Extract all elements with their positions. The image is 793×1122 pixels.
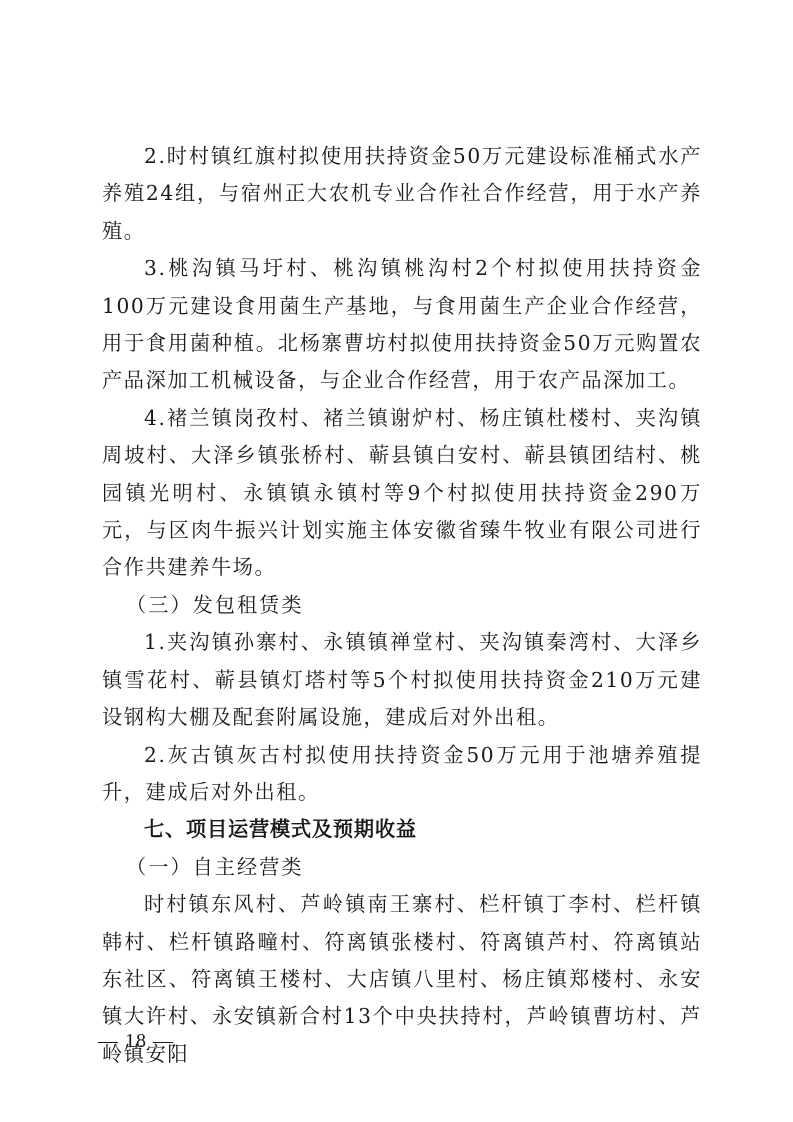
section-subheading-self-operated: （一）自主经营类 [102, 849, 702, 886]
document-page: 2.时村镇红旗村拟使用扶持资金50万元建设标准桶式水产养殖24组，与宿州正大农机… [102, 138, 702, 1073]
page-number: — 18 — [98, 1030, 174, 1053]
paragraph-item-4-cattle-farm: 4.褚兰镇岗孜村、褚兰镇谢炉村、杨庄镇杜楼村、夹沟镇周坡村、大泽乡镇张桥村、蕲县… [102, 400, 702, 587]
paragraph-self-operated-villages: 时村镇东风村、芦岭镇南王寨村、栏杆镇丁李村、栏杆镇韩村、栏杆镇路疃村、符离镇张楼… [102, 886, 702, 1073]
section-subheading-leasing: （三）发包租赁类 [102, 587, 702, 624]
section-heading-operation-model: 七、项目运营模式及预期收益 [102, 811, 702, 848]
paragraph-leasing-item-2: 2.灰古镇灰古村拟使用扶持资金50万元用于池塘养殖提升，建成后对外出租。 [102, 737, 702, 812]
paragraph-item-3-taogou: 3.桃沟镇马圩村、桃沟镇桃沟村2个村拟使用扶持资金100万元建设食用菌生产基地，… [102, 250, 702, 400]
paragraph-leasing-item-1: 1.夹沟镇孙寨村、永镇镇禅堂村、夹沟镇秦湾村、大泽乡镇雪花村、蕲县镇灯塔村等5个… [102, 624, 702, 736]
paragraph-item-2-hongqi: 2.时村镇红旗村拟使用扶持资金50万元建设标准桶式水产养殖24组，与宿州正大农机… [102, 138, 702, 250]
